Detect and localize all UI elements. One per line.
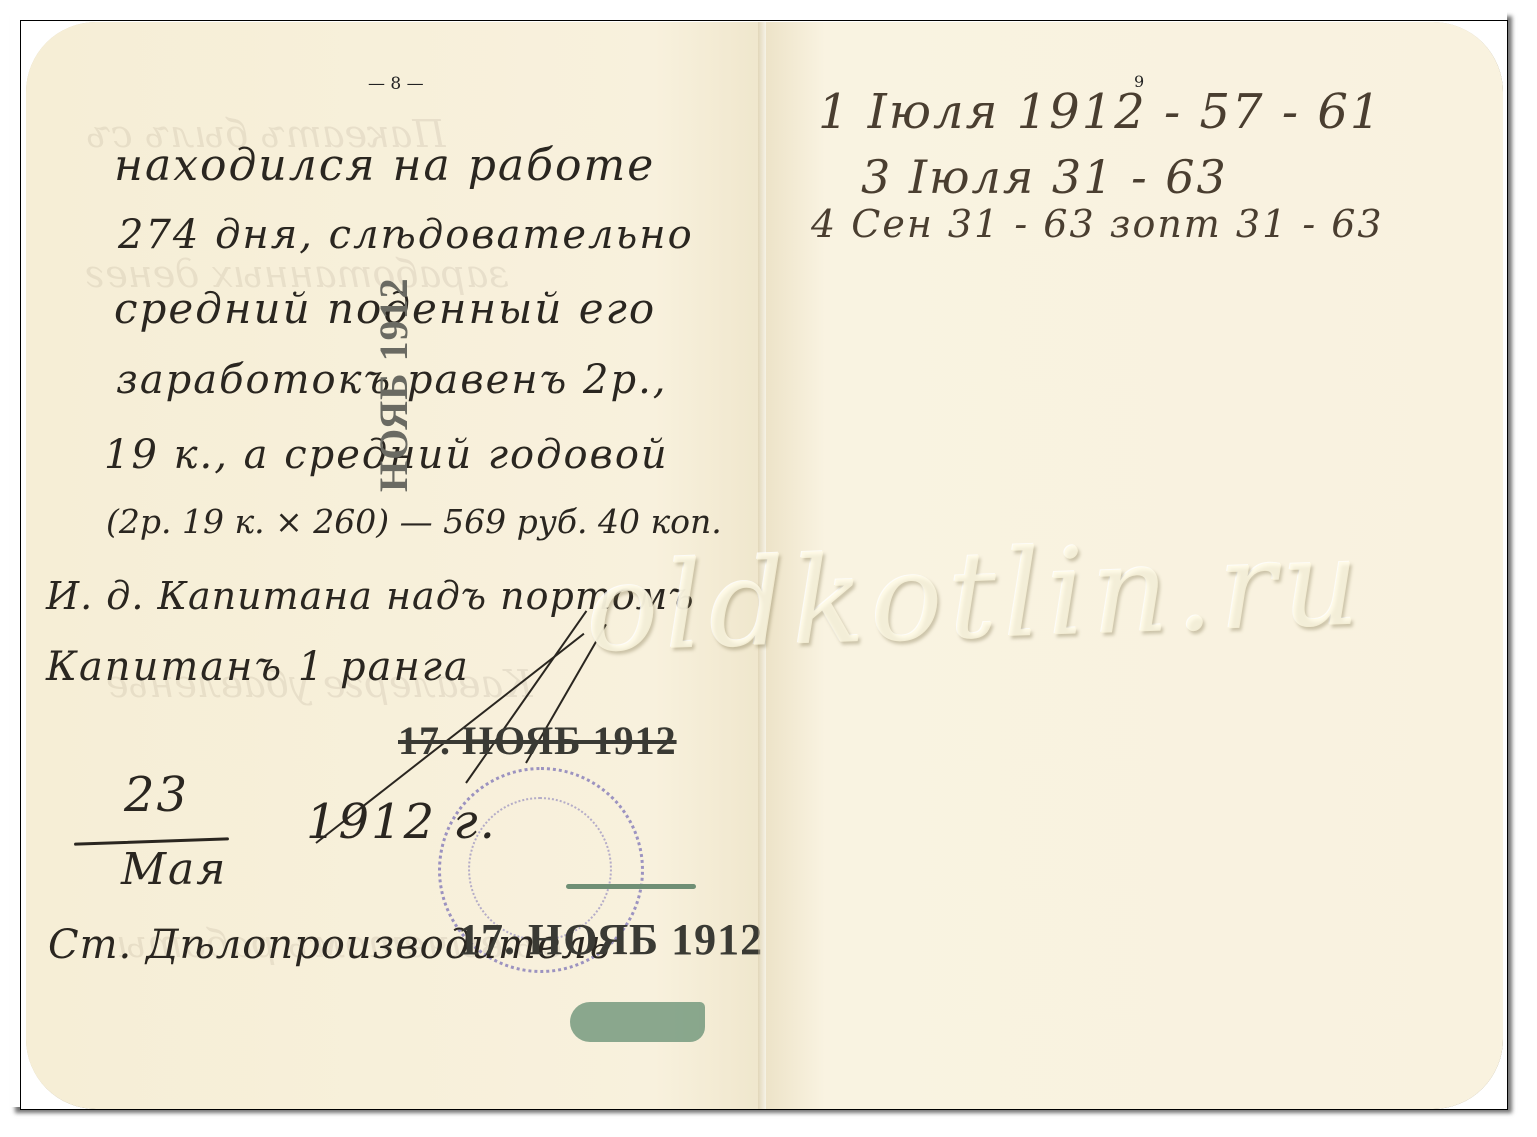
- handwritten-entry-2: 3 Іюля 31 - 63: [861, 150, 1228, 204]
- handwritten-line-2: 274 дня, слѣдовательно: [118, 212, 694, 258]
- vertical-date-stamp: НОЯБ 1912: [370, 277, 417, 492]
- fraction-numerator: 23: [124, 767, 189, 823]
- green-ink-line: [566, 884, 696, 889]
- green-ink-blob: [570, 1002, 705, 1042]
- date-stamp-struck: 17. НОЯБ 1912: [398, 717, 677, 764]
- page-number-left: — 8 —: [368, 74, 424, 94]
- handwritten-line-6: (2р. 19 к. × 260) — 569 руб. 40 коп.: [106, 502, 722, 541]
- date-stamp: 17. НОЯБ 1912: [458, 914, 763, 965]
- booklet-spread: Пакеатъ былъ съ заработанных денег Кавал…: [26, 22, 1503, 1109]
- handwritten-line-1: находился на работе: [114, 140, 655, 191]
- fraction-denominator: Мая: [121, 844, 227, 895]
- handwritten-entry-3: 4 Сен 31 - 63 зопт 31 - 63: [811, 202, 1384, 246]
- handwritten-entry-1: 1 Іюля 1912 - 57 - 61: [818, 84, 1382, 140]
- handwritten-line-8: Капитанъ 1 ранга: [46, 644, 470, 690]
- watermark: oldkotlin.ru: [584, 513, 1368, 679]
